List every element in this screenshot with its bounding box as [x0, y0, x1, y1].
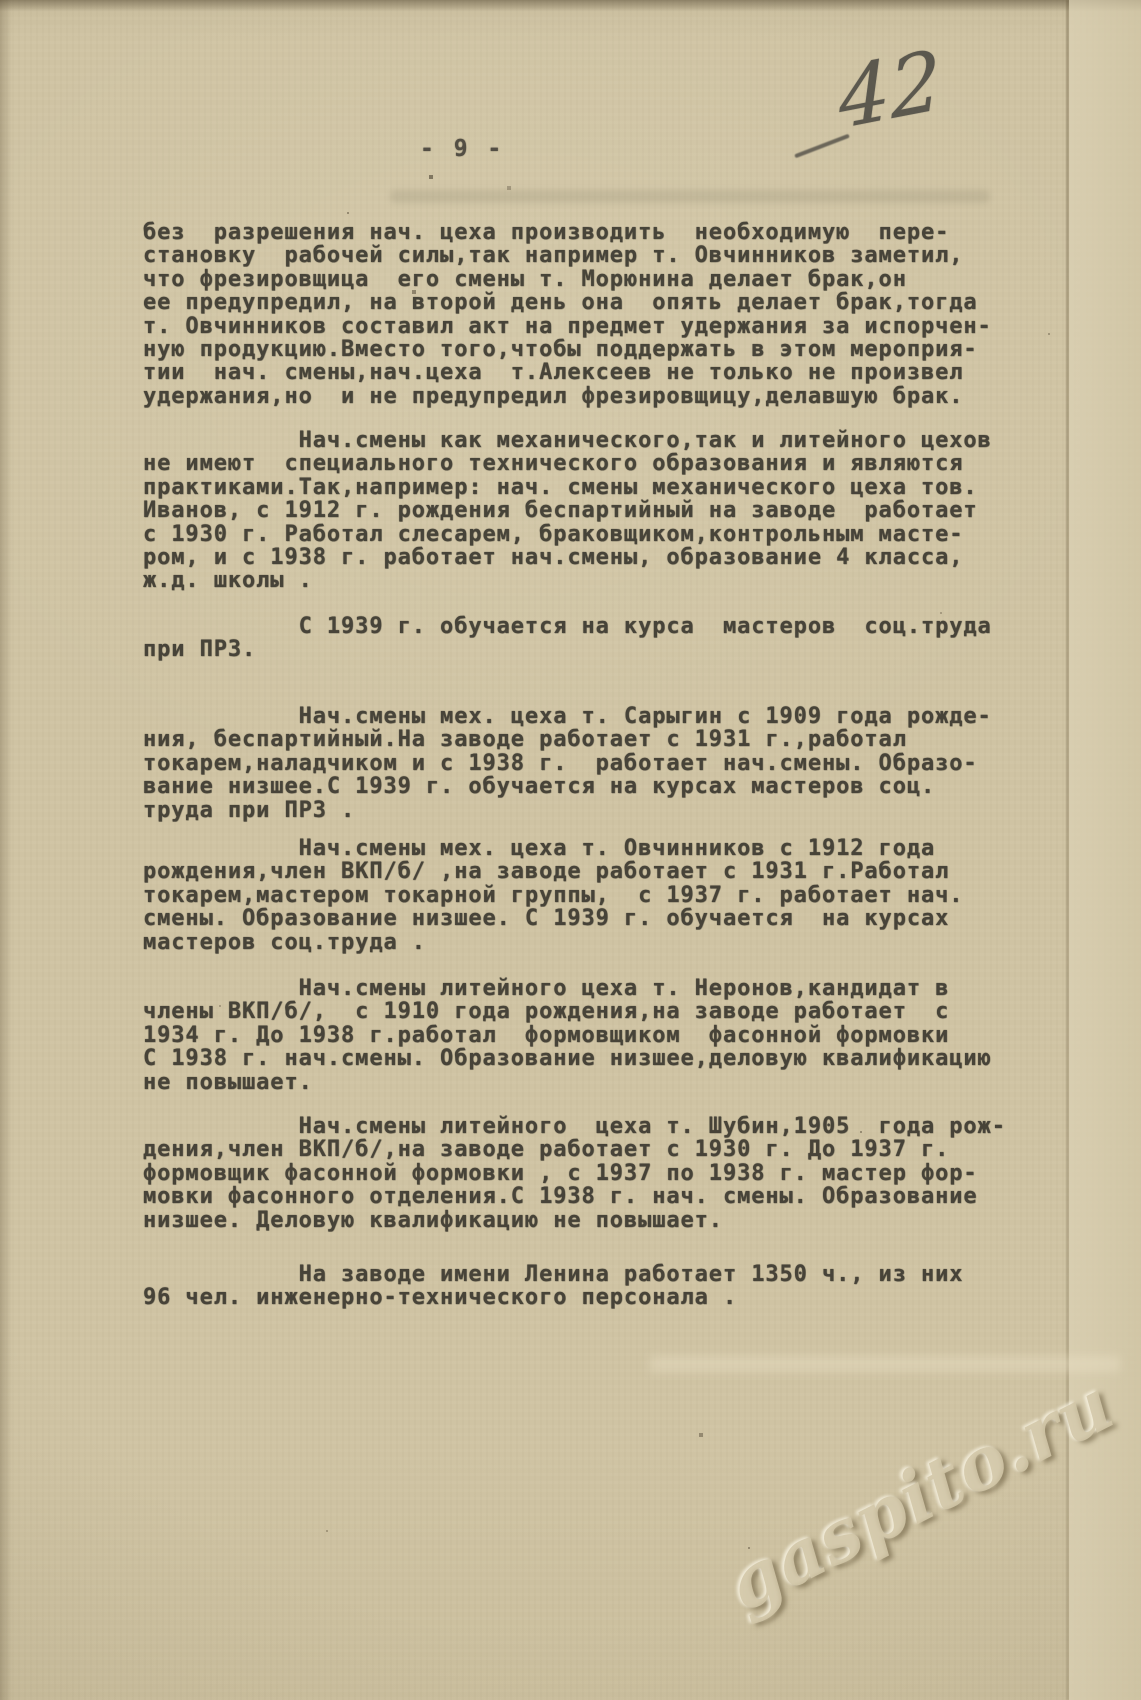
paragraph-8: На заводе имени Ленина работает 1350 ч.,…: [143, 1263, 963, 1310]
paragraph-1: без разрешения нач. цеха производить нео…: [143, 221, 992, 408]
page-number: - 9 -: [420, 137, 504, 161]
paragraph-4: Нач.смены мех. цеха т. Сарыгин с 1909 го…: [143, 705, 992, 822]
watermark-gaspito: gaspito.ru: [715, 1364, 1126, 1626]
scanned-document-page: - 9 - 42 без разрешения нач. цеха произв…: [0, 0, 1141, 1700]
ink-ghost-smudge: [390, 190, 990, 203]
paper-specks: [0, 0, 2, 2]
handwritten-folio-number: 42: [837, 40, 944, 143]
paragraph-3: С 1939 г. обучается на курса мастеров со…: [143, 615, 992, 662]
faded-band: [650, 1356, 1120, 1372]
paragraph-2: Нач.смены как механического,так и литейн…: [143, 429, 992, 593]
paragraph-7: Нач.смены литейного цеха т. Шубин,1905 г…: [143, 1115, 1006, 1232]
paper-left-edge-shadow: [0, 0, 12, 1700]
paragraph-5: Нач.смены мех. цеха т. Овчинников с 1912…: [143, 837, 963, 954]
paper-top-edge-shadow: [0, 0, 1141, 12]
paragraph-6: Нач.смены литейного цеха т. Неронов,канд…: [143, 977, 992, 1094]
